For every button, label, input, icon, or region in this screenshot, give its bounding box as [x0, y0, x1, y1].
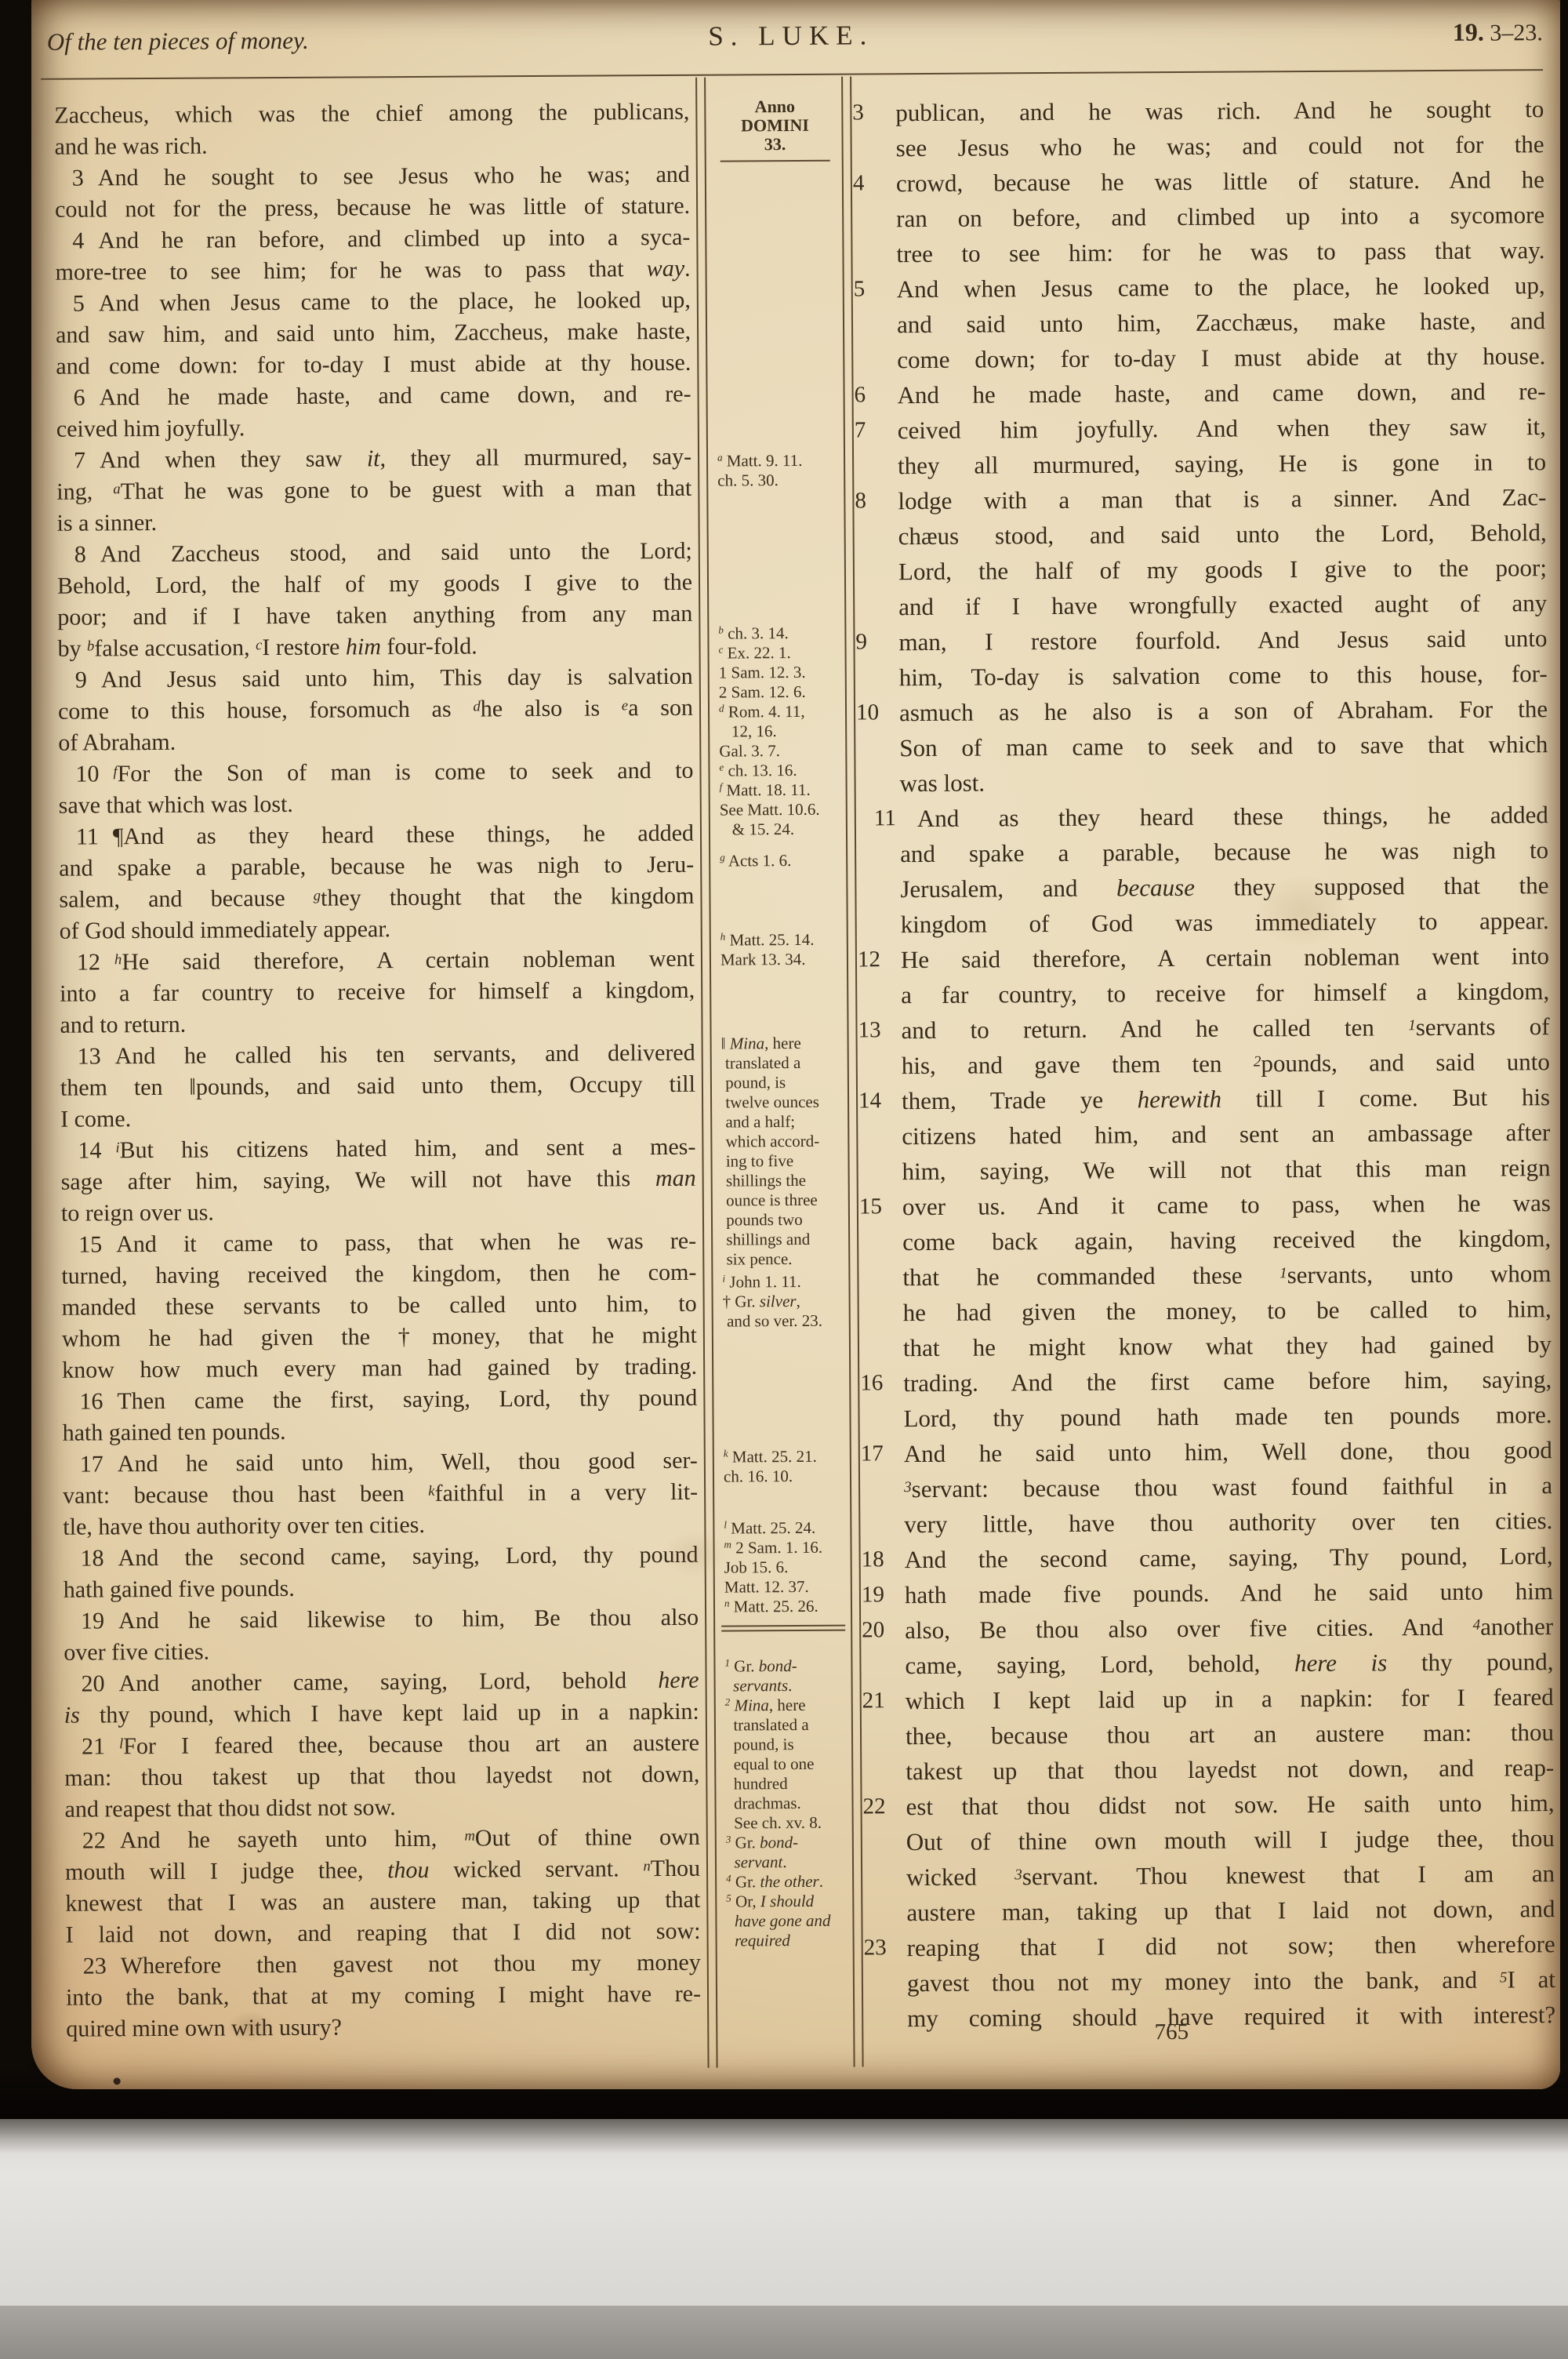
note-line: ch. 16. 10.	[724, 1467, 848, 1487]
verse-line: and saw him, and said unto him, Zaccheus…	[56, 316, 691, 351]
anno-line: DOMINI	[707, 116, 842, 136]
verse-line: kingdom of God was immediately to appear…	[858, 903, 1549, 942]
note-line: servant.	[726, 1852, 850, 1873]
verse-line: thee, because thou art an austere man: t…	[862, 1714, 1554, 1754]
verse-line: 19And he said likewise to him, Be thou a…	[64, 1602, 699, 1637]
page-content: Of the ten pieces of money. S. LUKE. 19.…	[27, 0, 1568, 2094]
verse-line: 7And when they saw it, they all murmured…	[56, 442, 691, 477]
note-line: Job 15. 6.	[724, 1558, 848, 1578]
verse-number: 5	[854, 271, 891, 307]
anno-domini-note: Anno DOMINI 33.	[707, 97, 842, 162]
verse-line: of Abraham.	[58, 724, 693, 759]
rv-column: 3publican, and he was rich. And he sough…	[852, 91, 1555, 2036]
verse-number: 12	[858, 942, 895, 977]
note-line: a Matt. 9. 11.	[717, 451, 841, 471]
verse-line: 18And the second came, saying, Lord, thy…	[63, 1539, 698, 1575]
verse-line: 15over us. And it came to pass, when he …	[859, 1185, 1551, 1224]
verse-line: 21lFor I feared thee, because thou art a…	[64, 1728, 699, 1763]
verse-line: over five cities.	[64, 1634, 699, 1669]
verse-line: that he commanded these 1servants, unto …	[859, 1256, 1551, 1295]
note-line: h Matt. 25. 14.	[720, 930, 844, 951]
note-line: shillings and	[722, 1230, 846, 1250]
verse-number: 21	[82, 1733, 105, 1759]
verse-line: and reapest that thou didst not sow.	[64, 1790, 699, 1826]
note-line: required	[727, 1931, 851, 1951]
verse-line: come down; for to-day I must abide at th…	[854, 338, 1545, 377]
note-line: 3 Gr. bond-	[726, 1833, 850, 1853]
note-line: ounce is three	[722, 1190, 846, 1211]
verse-line: 23reaping that I did not sow; then where…	[864, 1926, 1555, 1965]
verse-line: 4crowd, because he was little of stature…	[853, 162, 1544, 201]
verse-number: 19	[862, 1577, 899, 1612]
notes-column: Anno DOMINI 33. a Matt. 9. 11.ch. 5. 30.…	[706, 0, 854, 2090]
verse-number: 10	[75, 761, 99, 787]
verse-line: turned, having received the kingdom, the…	[61, 1257, 696, 1292]
verse-number: 5	[73, 291, 85, 317]
note-line: See Matt. 10.6.	[720, 800, 844, 820]
verse-line: a far country, to receive for himself a …	[858, 973, 1549, 1012]
ink-speck	[114, 2077, 121, 2085]
verse-line: 4And he ran before, and climbed up into …	[55, 222, 690, 257]
note-line: i John 1. 11.	[722, 1272, 846, 1292]
verse-number: 11	[857, 801, 895, 836]
note-line: equal to one	[725, 1754, 849, 1775]
verse-number: 11	[76, 823, 99, 849]
verse-number: 9	[855, 624, 893, 660]
anno-line: 33.	[708, 135, 843, 154]
note-line: drachmas.	[725, 1794, 849, 1814]
verse-line: 6And he made haste, and came down, and r…	[854, 373, 1545, 413]
note-line: servants.	[725, 1676, 849, 1696]
verse-number: 22	[862, 1789, 900, 1824]
verse-line: 5And when Jesus came to the place, he lo…	[56, 285, 691, 320]
verse-line: Lord, the half of my goods I give to the…	[855, 550, 1547, 589]
table-edge-band	[0, 2306, 1568, 2359]
margin-note: a Matt. 9. 11.ch. 5. 30.	[717, 451, 841, 491]
verse-line: 12hHe said therefore, A certain nobleman…	[60, 943, 695, 979]
note-line: n Matt. 25. 26.	[724, 1597, 848, 1617]
note-line: pound, is	[725, 1735, 849, 1755]
verse-line: 10fFor the Son of man is come to seek an…	[58, 755, 693, 791]
verse-line: come back again, having received the kin…	[859, 1220, 1551, 1259]
verse-line: they all murmured, saying, He is gone in…	[855, 444, 1546, 483]
verse-line: I come.	[60, 1100, 695, 1136]
margin-note: h Matt. 25. 14.Mark 13. 34.	[720, 930, 844, 970]
verse-line: vant: because thou hast been kfaithful i…	[63, 1477, 698, 1512]
verse-line: is a sinner.	[56, 504, 691, 540]
note-line: 4 Gr. the other.	[726, 1872, 850, 1892]
verse-line: 15And it came to pass, that when he was …	[61, 1226, 696, 1261]
verse-line: and he was rich.	[54, 128, 689, 163]
verse-line: salem, and because gthey thought that th…	[59, 881, 694, 916]
verse-line: 20also, Be thou also over five cities. A…	[862, 1608, 1553, 1648]
verse-number: 15	[859, 1189, 897, 1224]
verse-range: 3–23.	[1490, 20, 1543, 45]
book-photo: { "colors":{ "paper":"#e9dcbd","paper_ed…	[0, 0, 1568, 2359]
verse-line: Son of man came to seek and to save that…	[856, 726, 1548, 765]
note-line: six pence.	[722, 1249, 846, 1270]
verse-line: 22est that thou didst not sow. He saith …	[862, 1785, 1554, 1824]
verse-line: is thy pound, which I have kept laid up …	[64, 1696, 699, 1732]
margin-note: g Acts 1. 6.	[720, 851, 844, 871]
verse-line: hath gained ten pounds.	[63, 1414, 698, 1449]
verse-number: 20	[81, 1670, 104, 1696]
verse-line: 19hath made five pounds. And he said unt…	[862, 1573, 1553, 1612]
note-line: & 15. 24.	[720, 820, 844, 840]
verse-line: more-tree to see him; for he was to pass…	[55, 253, 690, 289]
margin-note: b ch. 3. 14.c Ex. 22. 1.1 Sam. 12. 3.2 S…	[718, 623, 844, 840]
verse-line: 11And as they heard these things, he add…	[857, 797, 1548, 836]
verse-number: 14	[858, 1083, 896, 1118]
verse-line: 22And he sayeth unto him, mOut of thine …	[65, 1822, 700, 1857]
divider	[720, 160, 830, 162]
verse-number: 19	[81, 1608, 104, 1634]
verse-line: his, and gave them ten 2pounds, and said…	[858, 1044, 1550, 1083]
book-page: Of the ten pieces of money. S. LUKE. 19.…	[31, 0, 1560, 2089]
book-shadow	[0, 2119, 1568, 2154]
margin-note: ‖ Mina, here translated a pound, is twel…	[721, 1034, 847, 1270]
verse-line: chæus stood, and said unto the Lord, Beh…	[855, 514, 1547, 554]
verse-line: 6And he made haste, and came down, and r…	[56, 379, 691, 414]
verse-line: and come down: for to-day I must abide a…	[56, 347, 691, 383]
verse-line: Jerusalem, and because they supposed tha…	[857, 867, 1548, 907]
verse-number: 16	[860, 1365, 898, 1401]
verse-line: 10asmuch as he also is a son of Abraham.…	[856, 691, 1548, 730]
note-line: 2 Sam. 12. 6.	[719, 682, 843, 703]
verse-line: 8lodge with a man that is a sinner. And …	[855, 479, 1546, 518]
verse-number: 8	[74, 542, 86, 568]
verse-line: I laid not down, and reaping that I did …	[65, 1916, 700, 1951]
note-line: ‖ Mina, here	[721, 1034, 845, 1054]
note-line: † Gr. silver,	[723, 1292, 847, 1312]
note-line: and so ver. 23.	[723, 1311, 847, 1332]
verse-line: could not for the press, because he was …	[55, 191, 690, 226]
verse-line: whom he had given the †money, that he mi…	[62, 1320, 697, 1355]
verse-line: and spake a parable, because he was nigh…	[59, 849, 694, 885]
verse-line: man: thou takest up that thou layedst no…	[64, 1759, 699, 1794]
verse-number: 15	[78, 1231, 102, 1257]
verse-line: Out of thine own mouth will I judge thee…	[863, 1820, 1555, 1859]
verse-line: 23Wherefore then gavest not thou my mone…	[66, 1947, 701, 1983]
note-line: translated a	[721, 1053, 845, 1074]
verse-line: Behold, Lord, the half of my goods I giv…	[57, 567, 692, 602]
verse-line: Lord, thy pound hath made ten pounds mor…	[860, 1397, 1552, 1436]
verse-number: 21	[862, 1683, 900, 1718]
margin-note: 1 Gr. bond- servants.2 Mina, here transl…	[724, 1656, 850, 1951]
verse-line: him, To-day is salvation come to this ho…	[856, 656, 1548, 695]
note-line: twelve ounces	[721, 1092, 845, 1113]
verse-line: and if I have wrongfully exacted aught o…	[855, 585, 1547, 624]
verse-number: 16	[79, 1388, 103, 1414]
verse-number: 13	[78, 1043, 101, 1069]
verse-line: 17And he said unto him, Well, thou good …	[63, 1445, 698, 1481]
verse-line: 17And he said unto him, Well done, thou …	[861, 1432, 1552, 1471]
note-line: have gone and	[726, 1911, 850, 1932]
verse-line: he had given the money, to be called to …	[860, 1291, 1552, 1330]
verse-line: 18And the second came, saying, Thy pound…	[862, 1538, 1553, 1577]
verse-line: 3And he sought to see Jesus who he was; …	[55, 159, 690, 194]
verse-line: manded these servants to be called unto …	[62, 1289, 697, 1324]
verse-line: sage after him, saying, We will not have…	[61, 1163, 696, 1198]
note-line: 12, 16.	[719, 722, 843, 742]
verse-line: ceived him joyfully.	[56, 410, 691, 445]
note-line: pound, is	[721, 1073, 845, 1093]
verse-line: poor; and if I have taken anything from …	[57, 598, 692, 634]
verse-number: 17	[861, 1436, 898, 1471]
note-line: e ch. 13. 16.	[719, 761, 843, 781]
verse-line: 3servant: because thou wast found faithf…	[861, 1467, 1552, 1507]
verse-line: 8And Zaccheus stood, and said unto the L…	[57, 536, 692, 571]
verse-line: them ten ‖pounds, and said unto them, Oc…	[60, 1069, 695, 1104]
verse-number: 7	[855, 413, 892, 448]
verse-line: 11¶And as they heard these things, he ad…	[59, 818, 694, 853]
note-line: ing to five	[721, 1151, 845, 1172]
note-line: d Rom. 4. 11,	[719, 702, 843, 722]
note-line: translated a	[725, 1715, 849, 1736]
notes-divider	[721, 1625, 845, 1632]
note-line: g Acts 1. 6.	[720, 851, 844, 871]
verse-line: 7ceived him joyfully. And when they saw …	[855, 409, 1546, 448]
verse-line: 20And another came, saying, Lord, behold…	[64, 1665, 699, 1700]
verse-line: citizens hated him, and sent an ambassag…	[858, 1114, 1550, 1154]
verse-number: 23	[864, 1930, 902, 1965]
verse-line: tle, have thou authority over ten cities…	[63, 1508, 698, 1543]
verse-line: him, saying, We will not that this man r…	[858, 1150, 1550, 1189]
note-line: hundred	[725, 1774, 849, 1794]
note-line: 2 Mina, here	[725, 1696, 849, 1716]
note-line: Matt. 12. 37.	[724, 1577, 848, 1598]
verse-number: 20	[862, 1612, 899, 1648]
verse-line: came, saying, Lord, behold, here is thy …	[862, 1644, 1553, 1683]
verse-number: 17	[80, 1451, 103, 1477]
note-line: k Matt. 25. 21.	[724, 1447, 848, 1467]
verse-number: 8	[855, 483, 892, 518]
verse-line: 9man, I restore fourfold. And Jesus said…	[855, 620, 1547, 660]
verse-line: 16Then came the first, saying, Lord, thy…	[62, 1383, 697, 1418]
verse-line: ing, aThat he was gone to be guest with …	[56, 473, 691, 508]
note-line: 5 Or, I should	[726, 1892, 850, 1912]
verse-line: save that which was lost.	[59, 787, 694, 822]
verse-line: austere man, taking up that I laid not d…	[863, 1891, 1555, 1930]
verse-number: 6	[73, 385, 85, 411]
verse-number: 10	[856, 695, 894, 730]
verse-line: to reign over us.	[61, 1194, 696, 1230]
note-line: ch. 5. 30.	[717, 471, 841, 491]
note-line: f Matt. 18. 11.	[720, 780, 844, 801]
verse-line: Zaccheus, which was the chief among the …	[54, 96, 689, 132]
verse-number: 22	[82, 1827, 106, 1853]
note-line: c Ex. 22. 1.	[719, 643, 843, 663]
margin-note: i John 1. 11.† Gr. silver, and so ver. 2…	[722, 1272, 846, 1332]
verse-line: hath gained five pounds.	[64, 1571, 699, 1606]
verse-line: into the bank, that at my coming I might…	[66, 1979, 701, 2014]
note-line: 1 Gr. bond-	[724, 1656, 848, 1677]
note-line: shillings the	[722, 1171, 846, 1191]
verse-line: and to return.	[60, 1006, 695, 1041]
note-line: which accord-	[721, 1132, 845, 1152]
note-line: m 2 Sam. 1. 16.	[724, 1538, 848, 1558]
verse-line: 14iBut his citizens hated him, and sent …	[60, 1132, 695, 1167]
note-line: and a half;	[721, 1112, 845, 1132]
kjv-column: Zaccheus, which was the chief among the …	[54, 96, 701, 2045]
verse-line: 9And Jesus said unto him, This day is sa…	[58, 661, 693, 696]
verse-line: was lost.	[856, 761, 1548, 801]
verse-number: 23	[83, 1953, 107, 1979]
verse-number: 6	[854, 377, 891, 413]
verse-number: 9	[75, 667, 87, 693]
running-head-reference: 19. 3–23.	[1453, 17, 1543, 47]
verse-number: 3	[852, 95, 890, 130]
verse-line: that he might know what they had gained …	[860, 1326, 1552, 1365]
verse-number: 13	[858, 1012, 895, 1048]
verse-line: tree to see him: for he was to pass that…	[853, 232, 1544, 271]
note-line: Gal. 3. 7.	[719, 741, 843, 761]
note-line: b ch. 3. 14.	[718, 623, 842, 644]
verse-line: very little, have thou authority over te…	[861, 1503, 1552, 1542]
verse-line: 21which I kept laid up in a napkin: for …	[862, 1679, 1554, 1718]
note-line: l Matt. 25. 24.	[724, 1518, 848, 1539]
verse-line: know how much every man had gained by tr…	[62, 1351, 697, 1387]
verse-line: 13And he called his ten servants, and de…	[60, 1038, 695, 1073]
margin-note: l Matt. 25. 24.m 2 Sam. 1. 16.Job 15. 6.…	[724, 1518, 848, 1617]
verse-number: 4	[853, 165, 891, 201]
verse-line: 12He said therefore, A certain nobleman …	[858, 938, 1549, 977]
verse-line: mouth will I judge thee, thou wicked ser…	[65, 1853, 700, 1888]
verse-line: 16trading. And the first came before him…	[860, 1361, 1552, 1401]
verse-line: of God should immediately appear.	[60, 912, 695, 947]
verse-line: 3publican, and he was rich. And he sough…	[852, 91, 1544, 130]
verse-line: see Jesus who he was; and could not for …	[853, 126, 1544, 165]
note-line: See ch. xv. 8.	[726, 1813, 850, 1834]
anno-line: Anno	[707, 97, 842, 117]
margin-note: k Matt. 25. 21.ch. 16. 10.	[724, 1447, 848, 1487]
verse-line: wicked 3servant. Thou knewest that I am …	[863, 1856, 1555, 1895]
verse-number: 14	[78, 1137, 101, 1163]
verse-line: knewest that I was an austere man, takin…	[65, 1885, 700, 1920]
verse-line: into a far country to receive for himsel…	[60, 975, 695, 1010]
verse-number: 3	[72, 165, 84, 191]
note-line: 1 Sam. 12. 3.	[719, 663, 843, 683]
verse-number: 18	[862, 1542, 899, 1577]
verse-line: and spake a parable, because he was nigh…	[857, 832, 1548, 871]
verse-number: 18	[81, 1545, 104, 1571]
verse-line: 14them, Trade ye herewith till I come. B…	[858, 1079, 1550, 1118]
verse-line: and said unto him, Zacchæus, make haste,…	[854, 303, 1545, 342]
verse-line: ran on before, and climbed up into a syc…	[853, 197, 1544, 236]
verse-number: 12	[77, 949, 100, 975]
verse-line: come to this house, forsomuch as dhe als…	[58, 692, 693, 728]
verse-number: 4	[72, 228, 84, 254]
verse-line: gavest thou not my money into the bank, …	[864, 1961, 1555, 2001]
verse-line: by bfalse accusation, cI restore him fou…	[57, 630, 692, 665]
verse-line: 13and to return. And he called ten 1serv…	[858, 1009, 1549, 1048]
chapter-number: 19.	[1453, 18, 1484, 46]
note-line: Mark 13. 34.	[720, 950, 844, 970]
verse-line: takest up that thou layedst not down, an…	[862, 1750, 1554, 1789]
verse-line: 5And when Jesus came to the place, he lo…	[854, 267, 1545, 307]
note-line: pounds two	[722, 1210, 846, 1230]
verse-number: 7	[74, 448, 85, 474]
verse-line: quired mine own with usury?	[66, 2010, 701, 2045]
page-number: 765	[1109, 2019, 1234, 2046]
